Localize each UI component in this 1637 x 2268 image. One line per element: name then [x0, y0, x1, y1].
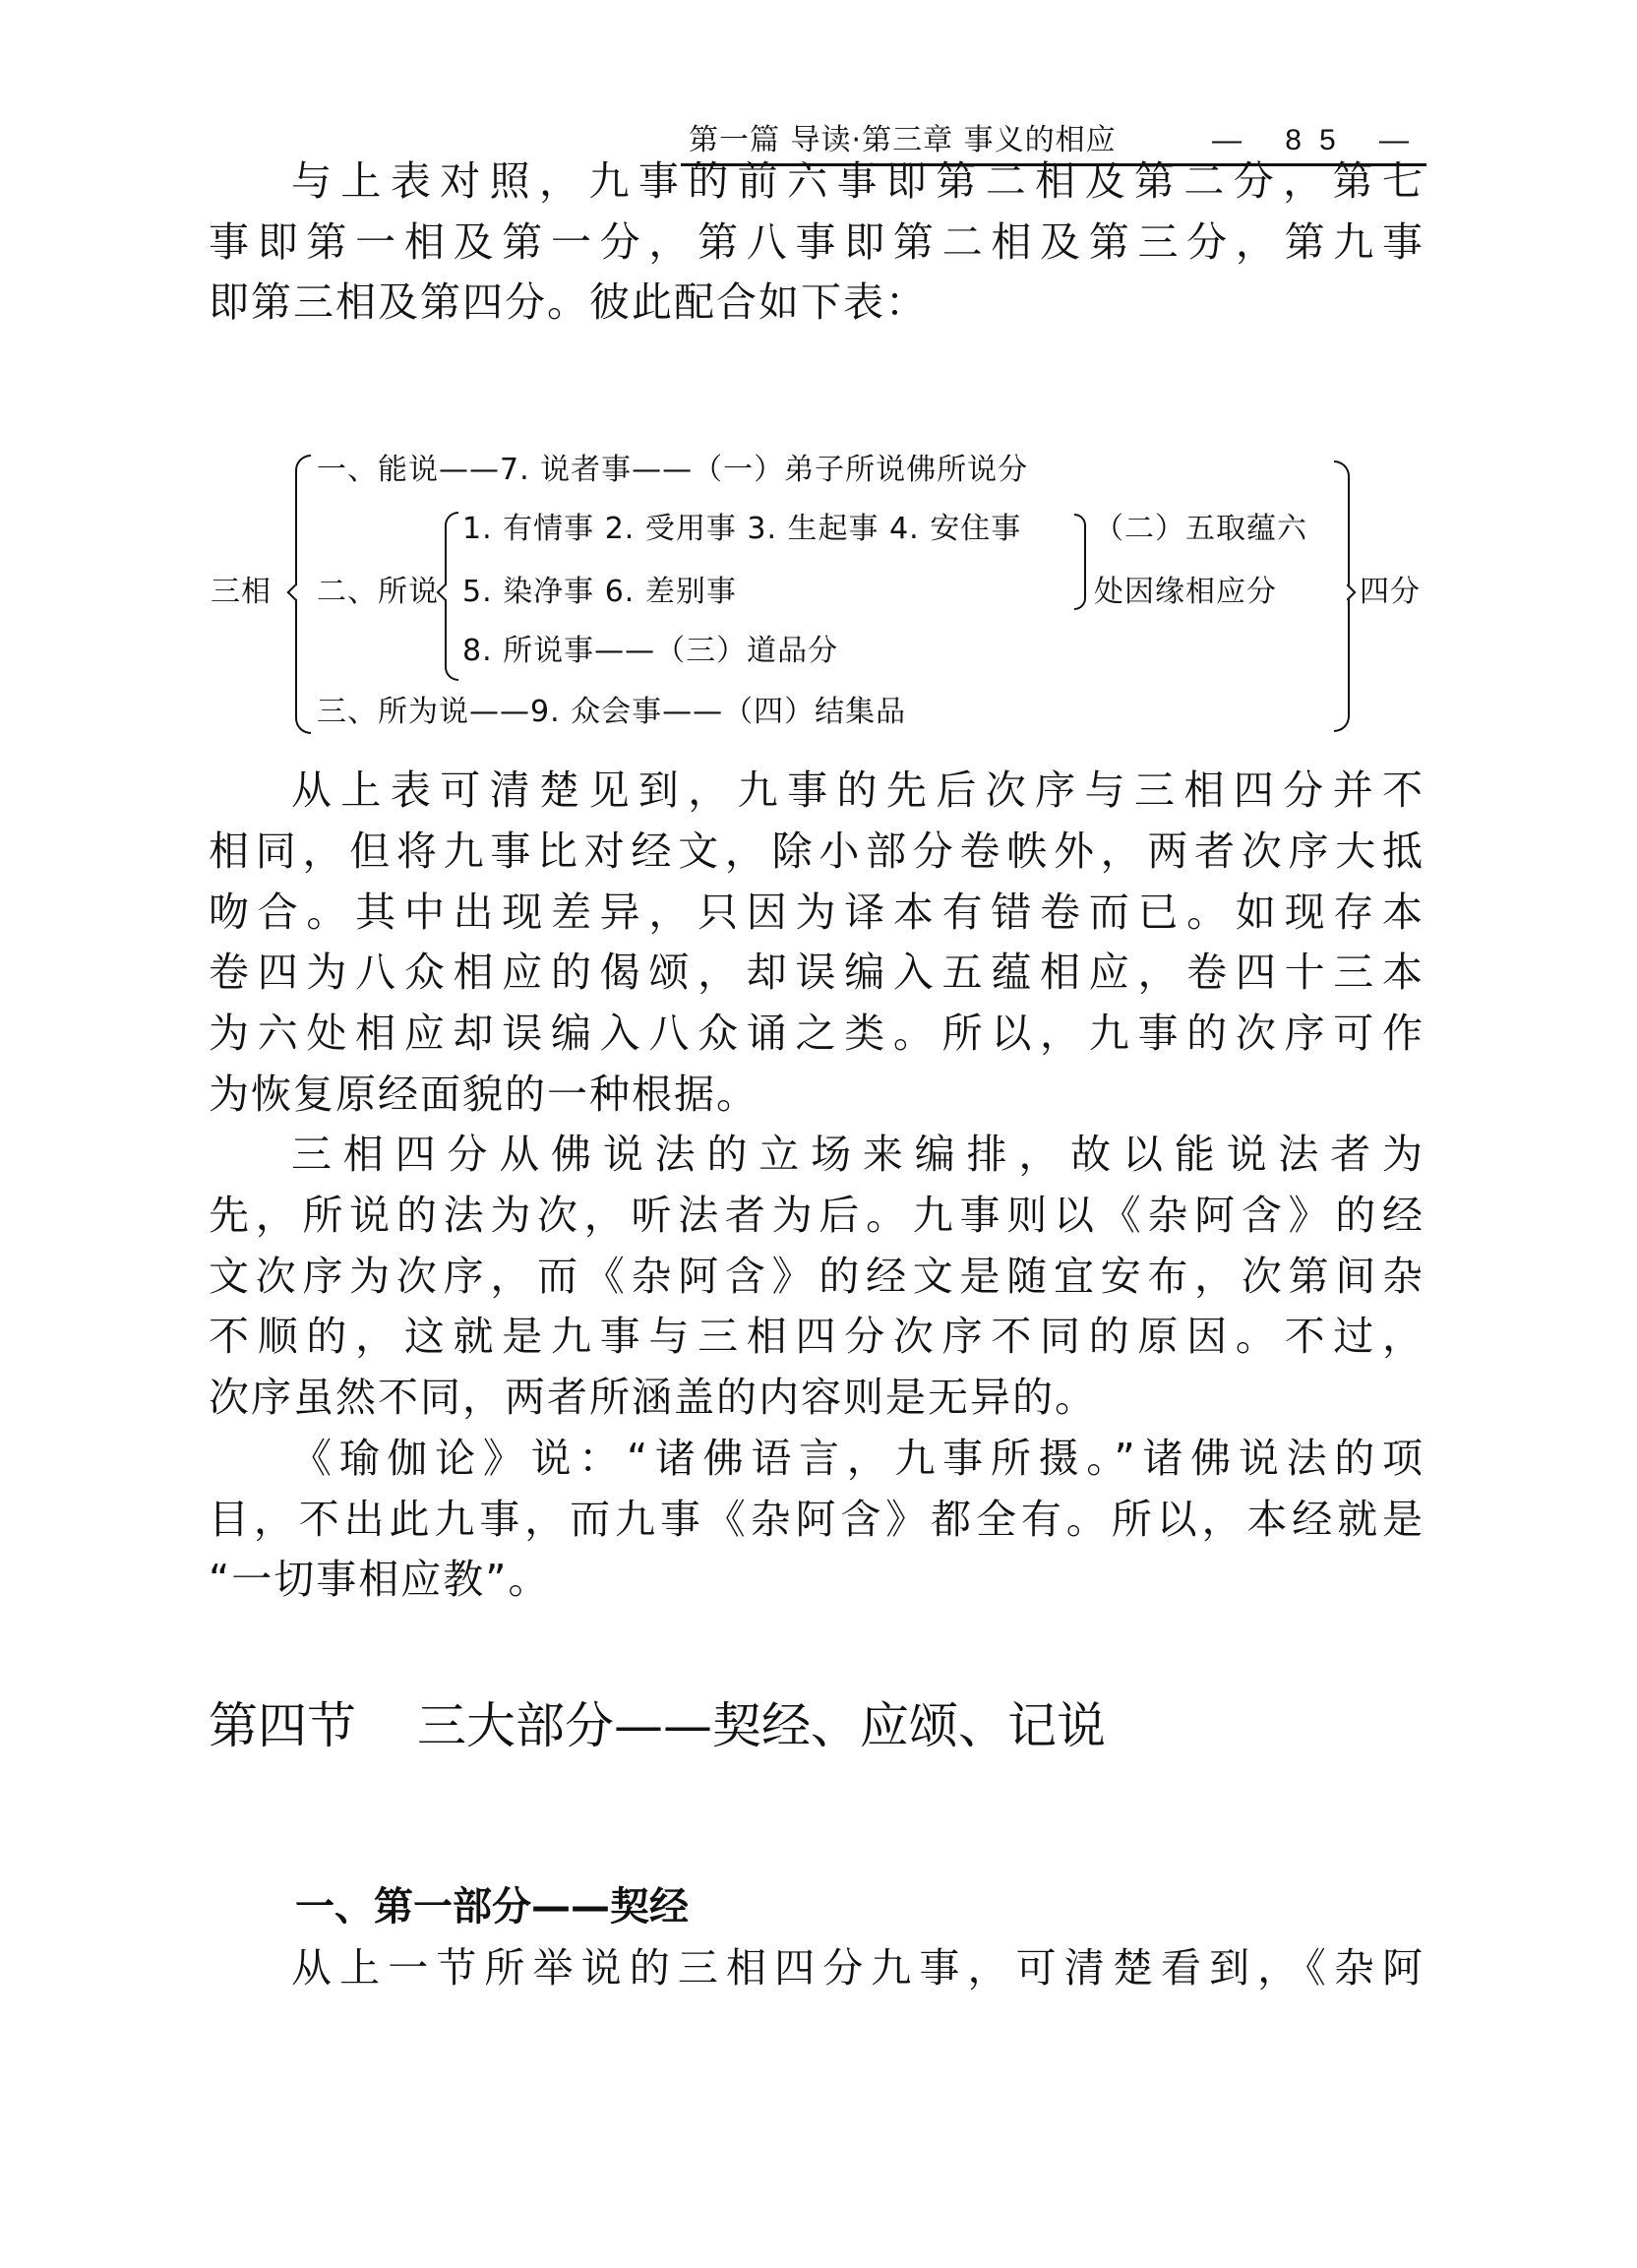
- branch-label: 一、能说: [317, 453, 439, 487]
- text-line: 从上表可清楚见到，九事的先后次序与三相四分并不: [291, 760, 1425, 821]
- fen-item: （四）结集品: [723, 695, 906, 729]
- nine-matter-item: 7. 说者事: [500, 453, 632, 487]
- text-line: 事即第一相及第一分，第八事即第二相及第三分，第九事: [209, 212, 1425, 273]
- text-line: 《瑜伽论》说：“诸佛语言，九事所摄。”诸佛说法的项: [291, 1428, 1425, 1489]
- fen-item: （一）弟子所说佛所说分: [693, 453, 1028, 487]
- text-line: 与上表对照，九事的前六事即第二相及第二分，第七: [291, 151, 1425, 212]
- section-heading: 第四节三大部分——契经、应颂、记说: [209, 1694, 1106, 1757]
- text-line: 卷四为八众相应的偈颂，却误编入五蕴相应，卷四十三本: [209, 942, 1425, 1003]
- text-line: 为恢复原经面貌的一种根据。: [209, 1064, 1425, 1125]
- branch-label: 三、所为说: [317, 695, 469, 729]
- nine-matter-item: 9. 众会事: [530, 695, 662, 729]
- text-line: 文次序为次序，而《杂阿含》的经文是随宜安布，次第间杂: [209, 1246, 1425, 1307]
- text-line: 相同，但将九事比对经文，除小部分卷帙外，两者次序大抵: [209, 821, 1425, 882]
- fen-group-line: （二）五取蕴六: [1094, 510, 1307, 549]
- sub-item: 1. 有情事 2. 受用事 3. 生起事 4. 安住事: [462, 510, 1021, 549]
- sub-item: 5. 染净事 6. 差别事: [462, 573, 737, 612]
- section-title: 三大部分——契经、应颂、记说: [417, 1697, 1106, 1754]
- sub-item: 8. 所说事——（三）道品分: [462, 632, 838, 671]
- branch-1: 一、能说——7. 说者事——（一）弟子所说佛所说分: [317, 451, 1028, 490]
- text-line: 不顺的，这就是九事与三相四分次序不同的原因。不过，: [209, 1306, 1425, 1367]
- text-line: 为六处相应却误编入八众诵之类。所以，九事的次序可作: [209, 1003, 1425, 1064]
- inner-right-brace: [1074, 514, 1086, 610]
- branch-2-label: 二、所说: [317, 573, 439, 612]
- text-line: 目，不出此九事，而九事《杂阿含》都全有。所以，本经就是: [209, 1489, 1425, 1550]
- subsection-heading: 一、第一部分——契经: [295, 1879, 689, 1934]
- text-line: 从上一节所举说的三相四分九事，可清楚看到，《杂阿: [291, 1937, 1425, 1998]
- fen-group-line: 处因缘相应分: [1094, 573, 1277, 612]
- diagram-root-label: 三相: [211, 573, 272, 612]
- text-line: 先，所说的法为次，听法者为后。九事则以《杂阿含》的经: [209, 1185, 1425, 1246]
- text-line: “一切事相应教”。: [209, 1549, 1425, 1610]
- section-number: 第四节: [209, 1697, 356, 1754]
- text-line: 三相四分从佛说法的立场来编排，故以能说法者为: [291, 1124, 1425, 1185]
- text-line: 吻合。其中出现差异，只因为译本有错卷而已。如现存本: [209, 882, 1425, 943]
- text-line: 即第三相及第四分。彼此配合如下表：: [209, 272, 1425, 333]
- branch-3: 三、所为说——9. 众会事——（四）结集品: [317, 693, 906, 732]
- text-line: 次序虽然不同，两者所涵盖的内容则是无异的。: [209, 1367, 1425, 1428]
- diagram-right-label: 四分: [1360, 573, 1421, 612]
